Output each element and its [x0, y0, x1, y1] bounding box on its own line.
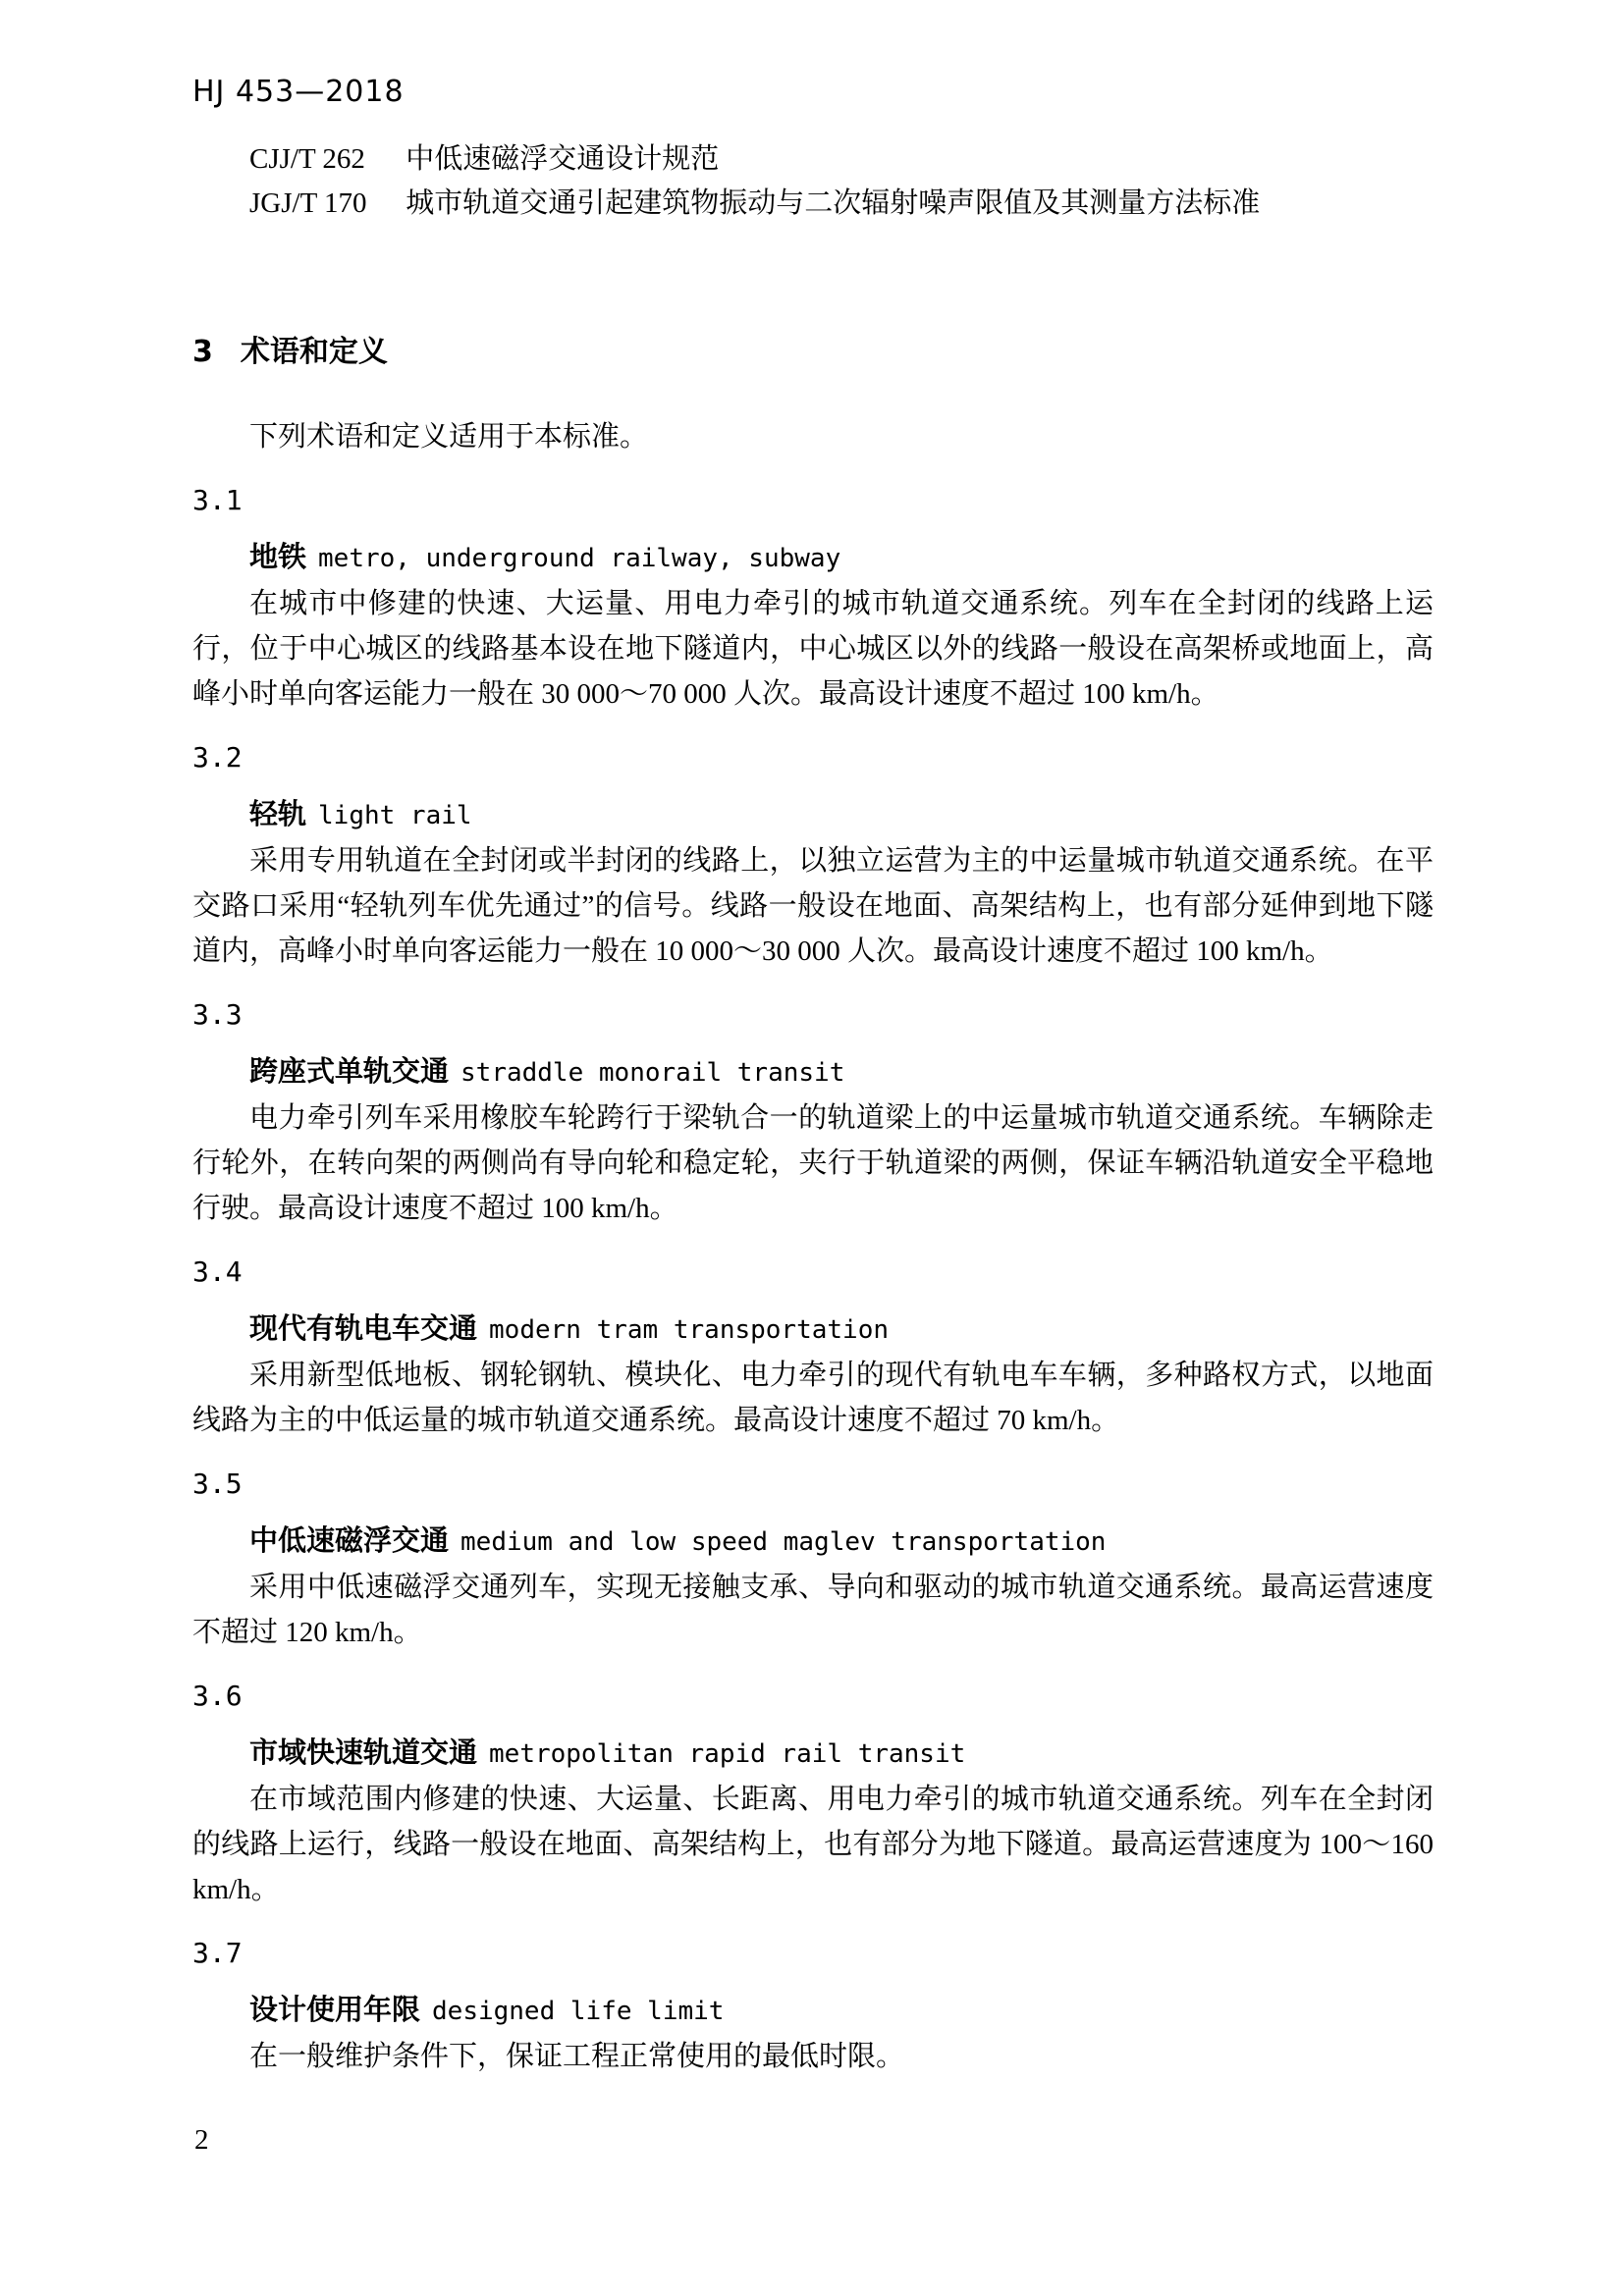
term-number: 3.7 [192, 1931, 1434, 1976]
term-definition: 采用新型低地板、钢轮钢轨、模块化、电力牵引的现代有轨电车车辆，多种路权方式，以地… [192, 1353, 1434, 1443]
term-name-zh: 中低速磁浮交通 [249, 1523, 449, 1557]
term-definition: 采用中低速磁浮交通列车，实现无接触支承、导向和驱动的城市轨道交通系统。最高运营速… [192, 1565, 1434, 1655]
reference-title: 城市轨道交通引起建筑物振动与二次辐射噪声限值及其测量方法标准 [406, 187, 1260, 219]
term-number: 3.1 [192, 478, 1434, 523]
reference-title: 中低速磁浮交通设计规范 [406, 143, 719, 175]
section-heading: 3术语和定义 [192, 330, 1434, 375]
term-name-en: light rail [318, 801, 472, 830]
term-title: 现代有轨电车交通modern tram transportation [192, 1306, 1434, 1353]
term-name-zh: 跨座式单轨交通 [249, 1054, 449, 1088]
term-entry: 3.1 地铁metro, underground railway, subway… [192, 478, 1434, 717]
term-number: 3.4 [192, 1250, 1434, 1295]
term-name-en: designed life limit [432, 1997, 724, 2026]
term-entry: 3.3 跨座式单轨交通straddle monorail transit 电力牵… [192, 992, 1434, 1231]
reference-item: JGJ/T 170 城市轨道交通引起建筑物振动与二次辐射噪声限值及其测量方法标准 [192, 182, 1434, 226]
term-definition: 在市域范围内修建的快速、大运量、长距离、用电力牵引的城市轨道交通系统。列车在全封… [192, 1777, 1434, 1912]
term-definition: 在一般维护条件下，保证工程正常使用的最低时限。 [192, 2034, 1434, 2079]
reference-item: CJJ/T 262 中低速磁浮交通设计规范 [192, 137, 1434, 182]
section-title: 术语和定义 [241, 335, 388, 369]
term-name-zh: 地铁 [249, 540, 306, 573]
term-definition: 电力牵引列车采用橡胶车轮跨行于梁轨合一的轨道梁上的中运量城市轨道交通系统。车辆除… [192, 1095, 1434, 1231]
term-title: 地铁metro, underground railway, subway [192, 534, 1434, 581]
term-name-en: metro, underground railway, subway [318, 544, 840, 573]
reference-code: CJJ/T 262 [249, 137, 399, 182]
term-number: 3.6 [192, 1674, 1434, 1719]
page-number: 2 [194, 2120, 209, 2160]
reference-code: JGJ/T 170 [249, 182, 399, 226]
term-definition: 采用专用轨道在全封闭或半封闭的线路上，以独立运营为主的中运量城市轨道交通系统。在… [192, 838, 1434, 974]
references-list: CJJ/T 262 中低速磁浮交通设计规范 JGJ/T 170 城市轨道交通引起… [192, 137, 1434, 226]
term-name-en: modern tram transportation [489, 1315, 889, 1345]
section-number: 3 [192, 335, 213, 369]
term-entry: 3.6 市域快速轨道交通metropolitan rapid rail tran… [192, 1674, 1434, 1912]
section-intro: 下列术语和定义适用于本标准。 [192, 414, 1434, 459]
term-number: 3.3 [192, 992, 1434, 1038]
term-number: 3.2 [192, 735, 1434, 780]
term-name-zh: 现代有轨电车交通 [249, 1311, 477, 1345]
term-title: 市域快速轨道交通metropolitan rapid rail transit [192, 1730, 1434, 1777]
term-entry: 3.5 中低速磁浮交通medium and low speed maglev t… [192, 1462, 1434, 1655]
term-title: 设计使用年限designed life limit [192, 1987, 1434, 2034]
term-entry: 3.4 现代有轨电车交通modern tram transportation 采… [192, 1250, 1434, 1443]
page-content: HJ 453—2018 CJJ/T 262 中低速磁浮交通设计规范 JGJ/T … [192, 75, 1434, 2079]
term-number: 3.5 [192, 1462, 1434, 1507]
term-entry: 3.7 设计使用年限designed life limit 在一般维护条件下，保… [192, 1931, 1434, 2079]
term-title: 跨座式单轨交通straddle monorail transit [192, 1048, 1434, 1095]
term-definition: 在城市中修建的快速、大运量、用电力牵引的城市轨道交通系统。列车在全封闭的线路上运… [192, 581, 1434, 717]
running-header: HJ 453—2018 [192, 75, 1434, 110]
document-page: HJ 453—2018 CJJ/T 262 中低速磁浮交通设计规范 JGJ/T … [0, 0, 1624, 2296]
term-name-en: metropolitan rapid rail transit [489, 1739, 965, 1769]
term-entry: 3.2 轻轨light rail 采用专用轨道在全封闭或半封闭的线路上，以独立运… [192, 735, 1434, 974]
term-name-zh: 市域快速轨道交通 [249, 1735, 477, 1769]
term-title: 中低速磁浮交通medium and low speed maglev trans… [192, 1518, 1434, 1565]
term-name-en: medium and low speed maglev transportati… [460, 1527, 1106, 1557]
term-name-zh: 轻轨 [249, 797, 306, 830]
term-title: 轻轨light rail [192, 791, 1434, 838]
term-name-en: straddle monorail transit [460, 1058, 844, 1088]
term-name-zh: 设计使用年限 [249, 1993, 420, 2026]
